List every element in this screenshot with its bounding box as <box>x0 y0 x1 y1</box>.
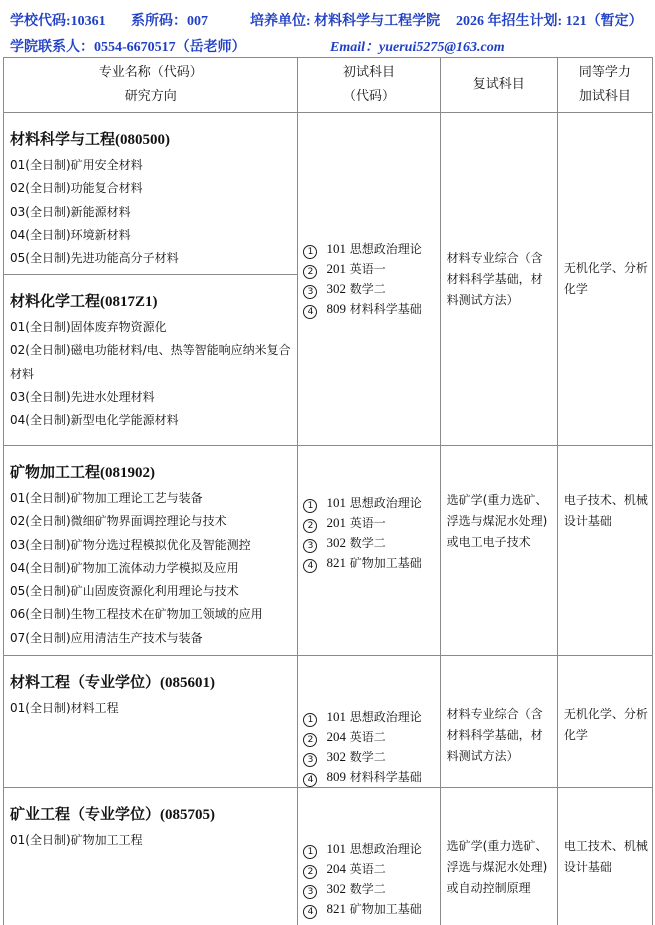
column-header-retest: 复试科目 <box>440 58 557 113</box>
column-header-line: 复试科目 <box>441 73 557 97</box>
subject-name: 思想政治理论 <box>350 496 422 510</box>
subject-name: 矿物加工基础 <box>350 902 422 916</box>
training-unit: 培养单位: 材料科学与工程学院 <box>250 10 440 30</box>
direction-list: 01(全日制)材料工程 <box>4 697 297 720</box>
subject-code: 302 <box>326 281 346 296</box>
subject-name: 材料科学基础 <box>350 302 422 316</box>
exam-subject-list: 1101 思想政治理论2201 英语一3302 数学二4821 矿物加工基础 <box>298 446 439 573</box>
research-direction: 06(全日制)生物工程技术在矿物加工领域的应用 <box>10 603 293 626</box>
subject-code: 201 <box>326 515 346 530</box>
exam-subjects-cell: 1101 思想政治理论2204 英语二3302 数学二4821 矿物加工基础 <box>298 788 440 925</box>
retest-cell: 选矿学(重力选矿、浮选与煤泥水处理)或自动控制原理 <box>440 788 557 925</box>
circled-number-icon: 3 <box>303 753 317 767</box>
subject-name: 材料科学基础 <box>350 770 422 784</box>
circled-number-icon: 4 <box>303 773 317 787</box>
research-direction: 02(全日制)功能复合材料 <box>10 177 293 200</box>
circled-number-icon: 3 <box>303 539 317 553</box>
subject-name: 数学二 <box>350 750 386 764</box>
dept-code: 系所码：007 <box>131 10 208 30</box>
equivalent-cell: 无机化学、分析化学 <box>557 656 652 788</box>
research-direction: 05(全日制)矿山固废资源化利用理论与技术 <box>10 580 293 603</box>
subject-name: 数学二 <box>350 282 386 296</box>
exam-subject: 3302 数学二 <box>303 879 439 899</box>
direction-list: 01(全日制)矿物加工工程 <box>4 829 297 852</box>
research-direction: 02(全日制)磁电功能材料/电、热等智能响应纳米复合材料 <box>10 339 293 386</box>
research-direction: 07(全日制)应用清洁生产技术与装备 <box>10 627 293 650</box>
research-direction: 01(全日制)矿用安全材料 <box>10 154 293 177</box>
column-header-exam: 初试科目（代码） <box>298 58 440 113</box>
column-header-equivalent: 同等学力加试科目 <box>557 58 652 113</box>
major-block: 材料工程（专业学位）(085601)01(全日制)材料工程 <box>4 656 297 720</box>
retest-subject: 材料专业综合（含材料科学基础，材料测试方法） <box>441 248 557 311</box>
research-direction: 04(全日制)新型电化学能源材料 <box>10 409 293 432</box>
subject-code: 204 <box>326 729 346 744</box>
circled-number-icon: 3 <box>303 885 317 899</box>
admission-table: 专业名称（代码）研究方向 初试科目（代码） 复试科目 同等学力加试科目 材料科学… <box>3 57 653 925</box>
subject-code: 101 <box>326 841 346 856</box>
exam-subject: 4821 矿物加工基础 <box>303 553 439 573</box>
subject-name: 矿物加工基础 <box>350 556 422 570</box>
retest-subject: 材料专业综合（含材料科学基础，材料测试方法） <box>441 656 557 767</box>
exam-subject: 3302 数学二 <box>303 533 439 553</box>
circled-number-icon: 3 <box>303 285 317 299</box>
subject-name: 数学二 <box>350 882 386 896</box>
exam-subject: 4809 材料科学基础 <box>303 767 439 787</box>
retest-subject: 选矿学(重力选矿、浮选与煤泥水处理)或自动控制原理 <box>441 788 557 899</box>
exam-subject: 2201 英语一 <box>303 513 439 533</box>
research-direction: 03(全日制)先进水处理材料 <box>10 386 293 409</box>
circled-number-icon: 2 <box>303 519 317 533</box>
exam-subjects-cell: 1101 思想政治理论2204 英语二3302 数学二4809 材料科学基础 <box>298 656 440 788</box>
subject-code: 821 <box>326 901 346 916</box>
exam-subject: 1101 思想政治理论 <box>303 707 439 727</box>
subject-code: 821 <box>326 555 346 570</box>
table-row: 材料工程（专业学位）(085601)01(全日制)材料工程1101 思想政治理论… <box>4 656 653 788</box>
circled-number-icon: 1 <box>303 845 317 859</box>
column-header-line: 专业名称（代码） <box>4 61 297 85</box>
subject-code: 201 <box>326 261 346 276</box>
subject-code: 204 <box>326 861 346 876</box>
exam-subject: 3302 数学二 <box>303 747 439 767</box>
equivalent-subject: 无机化学、分析化学 <box>558 258 652 300</box>
major-title: 材料科学与工程(080500) <box>4 113 297 154</box>
research-direction: 01(全日制)材料工程 <box>10 697 293 720</box>
subject-name: 思想政治理论 <box>350 710 422 724</box>
circled-number-icon: 2 <box>303 265 317 279</box>
equivalent-subject: 电子技术、机械设计基础 <box>558 446 652 532</box>
subject-code: 101 <box>326 241 346 256</box>
exam-subjects-cell: 1101 思想政治理论2201 英语一3302 数学二4821 矿物加工基础 <box>298 446 440 656</box>
circled-number-icon: 1 <box>303 499 317 513</box>
major-title: 矿业工程（专业学位）(085705) <box>4 788 297 829</box>
exam-subject: 3302 数学二 <box>303 279 439 299</box>
circled-number-icon: 1 <box>303 245 317 259</box>
enrollment-plan: 2026 年招生计划: 121（暂定） <box>456 10 643 30</box>
retest-cell: 选矿学(重力选矿、浮选与煤泥水处理)或电工电子技术 <box>440 446 557 656</box>
research-direction: 03(全日制)新能源材料 <box>10 201 293 224</box>
circled-number-icon: 2 <box>303 865 317 879</box>
major-title: 材料工程（专业学位）(085601) <box>4 656 297 697</box>
circled-number-icon: 4 <box>303 305 317 319</box>
subject-code: 101 <box>326 709 346 724</box>
subject-name: 英语一 <box>350 516 386 530</box>
column-header-major: 专业名称（代码）研究方向 <box>4 58 298 113</box>
major-cell: 材料工程（专业学位）(085601)01(全日制)材料工程 <box>4 656 298 788</box>
column-header-line: 研究方向 <box>4 85 297 109</box>
direction-list: 01(全日制)矿物加工理论工艺与装备02(全日制)微细矿物界面调控理论与技术03… <box>4 487 297 650</box>
table-header-row: 专业名称（代码）研究方向 初试科目（代码） 复试科目 同等学力加试科目 <box>4 58 653 113</box>
column-header-line: 同等学力 <box>558 61 652 85</box>
retest-cell: 材料专业综合（含材料科学基础，材料测试方法） <box>440 113 557 446</box>
equivalent-cell: 无机化学、分析化学 <box>557 113 652 446</box>
major-block: 矿业工程（专业学位）(085705)01(全日制)矿物加工工程 <box>4 788 297 852</box>
contact-email: Email：yuerui5275@163.com <box>330 36 505 56</box>
equivalent-subject: 无机化学、分析化学 <box>558 656 652 746</box>
table-row: 矿业工程（专业学位）(085705)01(全日制)矿物加工工程1101 思想政治… <box>4 788 653 925</box>
subject-name: 思想政治理论 <box>350 242 422 256</box>
exam-subject: 1101 思想政治理论 <box>303 239 439 259</box>
subject-name: 英语二 <box>350 730 386 744</box>
research-direction: 01(全日制)矿物加工工程 <box>10 829 293 852</box>
exam-subject: 2201 英语一 <box>303 259 439 279</box>
circled-number-icon: 4 <box>303 559 317 573</box>
exam-subject-list: 1101 思想政治理论2204 英语二3302 数学二4821 矿物加工基础 <box>298 788 439 919</box>
major-cell: 矿物加工工程(081902)01(全日制)矿物加工理论工艺与装备02(全日制)微… <box>4 446 298 656</box>
school-code: 学校代码:10361 <box>10 10 106 30</box>
subject-code: 302 <box>326 881 346 896</box>
subject-name: 思想政治理论 <box>350 842 422 856</box>
table-row: 矿物加工工程(081902)01(全日制)矿物加工理论工艺与装备02(全日制)微… <box>4 446 653 656</box>
retest-cell: 材料专业综合（含材料科学基础，材料测试方法） <box>440 656 557 788</box>
circled-number-icon: 4 <box>303 905 317 919</box>
circled-number-icon: 1 <box>303 713 317 727</box>
major-cell: 矿业工程（专业学位）(085705)01(全日制)矿物加工工程 <box>4 788 298 925</box>
equivalent-cell: 电工技术、机械设计基础 <box>557 788 652 925</box>
subject-name: 英语一 <box>350 262 386 276</box>
subject-code: 101 <box>326 495 346 510</box>
subject-code: 809 <box>326 769 346 784</box>
research-direction: 05(全日制)先进功能高分子材料 <box>10 247 293 270</box>
subject-code: 809 <box>326 301 346 316</box>
column-header-line: （代码） <box>298 85 439 109</box>
exam-subject-list: 1101 思想政治理论2201 英语一3302 数学二4809 材料科学基础 <box>298 239 439 319</box>
research-direction: 04(全日制)环境新材料 <box>10 224 293 247</box>
contact-person: 学院联系人：0554-6670517（岳老师） <box>10 36 246 56</box>
major-cell: 材料科学与工程(080500)01(全日制)矿用安全材料02(全日制)功能复合材… <box>4 113 298 446</box>
exam-subject: 1101 思想政治理论 <box>303 839 439 859</box>
column-header-line: 加试科目 <box>558 85 652 109</box>
research-direction: 01(全日制)固体废弃物资源化 <box>10 316 293 339</box>
circled-number-icon: 2 <box>303 733 317 747</box>
column-header-line: 初试科目 <box>298 61 439 85</box>
research-direction: 02(全日制)微细矿物界面调控理论与技术 <box>10 510 293 533</box>
equivalent-subject: 电工技术、机械设计基础 <box>558 788 652 878</box>
subject-code: 302 <box>326 535 346 550</box>
major-block: 矿物加工工程(081902)01(全日制)矿物加工理论工艺与装备02(全日制)微… <box>4 446 297 650</box>
equivalent-cell: 电子技术、机械设计基础 <box>557 446 652 656</box>
exam-subject: 4809 材料科学基础 <box>303 299 439 319</box>
major-block: 材料化学工程(0817Z1)01(全日制)固体废弃物资源化02(全日制)磁电功能… <box>4 274 297 432</box>
retest-subject: 选矿学(重力选矿、浮选与煤泥水处理)或电工电子技术 <box>441 446 557 553</box>
direction-list: 01(全日制)矿用安全材料02(全日制)功能复合材料03(全日制)新能源材料04… <box>4 154 297 270</box>
major-title: 材料化学工程(0817Z1) <box>4 275 297 316</box>
research-direction: 03(全日制)矿物分选过程模拟优化及智能测控 <box>10 534 293 557</box>
subject-code: 302 <box>326 749 346 764</box>
table-row: 材料科学与工程(080500)01(全日制)矿用安全材料02(全日制)功能复合材… <box>4 113 653 446</box>
subject-name: 数学二 <box>350 536 386 550</box>
exam-subject: 2204 英语二 <box>303 859 439 879</box>
exam-subject: 1101 思想政治理论 <box>303 493 439 513</box>
direction-list: 01(全日制)固体废弃物资源化02(全日制)磁电功能材料/电、热等智能响应纳米复… <box>4 316 297 432</box>
research-direction: 01(全日制)矿物加工理论工艺与装备 <box>10 487 293 510</box>
major-title: 矿物加工工程(081902) <box>4 446 297 487</box>
exam-subject-list: 1101 思想政治理论2204 英语二3302 数学二4809 材料科学基础 <box>298 656 439 787</box>
research-direction: 04(全日制)矿物加工流体动力学模拟及应用 <box>10 557 293 580</box>
exam-subjects-cell: 1101 思想政治理论2201 英语一3302 数学二4809 材料科学基础 <box>298 113 440 446</box>
exam-subject: 4821 矿物加工基础 <box>303 899 439 919</box>
exam-subject: 2204 英语二 <box>303 727 439 747</box>
major-block: 材料科学与工程(080500)01(全日制)矿用安全材料02(全日制)功能复合材… <box>4 113 297 274</box>
subject-name: 英语二 <box>350 862 386 876</box>
table-body: 材料科学与工程(080500)01(全日制)矿用安全材料02(全日制)功能复合材… <box>4 113 653 925</box>
